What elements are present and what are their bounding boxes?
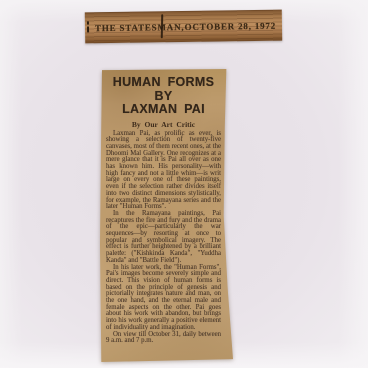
masthead-wood-strip: THE STATESMAN, OCTOBER 28, 1972 bbox=[85, 10, 282, 44]
article-body: Laxman Pai, as prolific as ever, is show… bbox=[106, 131, 221, 346]
paper-speck bbox=[172, 78, 174, 80]
headline-line-2: LAXMAN PAI bbox=[122, 102, 205, 116]
article-paragraph: In his later work, the "Human Forms", Pa… bbox=[106, 265, 221, 332]
publication-date: OCTOBER 28, 1972 bbox=[185, 20, 277, 31]
article-paragraph: In the Ramayana paintings, Pai recapture… bbox=[106, 211, 221, 265]
paper-speck bbox=[120, 250, 121, 252]
article-byline: By Our Art Critic bbox=[106, 120, 221, 129]
photo-backdrop: THE STATESMAN, OCTOBER 28, 1972 HUMAN FO… bbox=[0, 0, 368, 368]
ink-stroke-mark bbox=[161, 14, 164, 38]
article-paragraph: On view till October 31, daily between 9… bbox=[106, 332, 221, 345]
publication-name: THE STATESMAN, bbox=[95, 21, 185, 32]
article-paragraph: Laxman Pai, as prolific as ever, is show… bbox=[106, 131, 221, 211]
newspaper-clipping: HUMAN FORMS BY LAXMAN PAI By Our Art Cri… bbox=[100, 69, 233, 362]
headline-line-1: HUMAN FORMS BY bbox=[113, 75, 214, 103]
torn-edge-mark bbox=[87, 21, 89, 32]
clipping-shadow-wrap: HUMAN FORMS BY LAXMAN PAI By Our Art Cri… bbox=[100, 69, 233, 362]
article-headline: HUMAN FORMS BY LAXMAN PAI bbox=[106, 76, 221, 117]
